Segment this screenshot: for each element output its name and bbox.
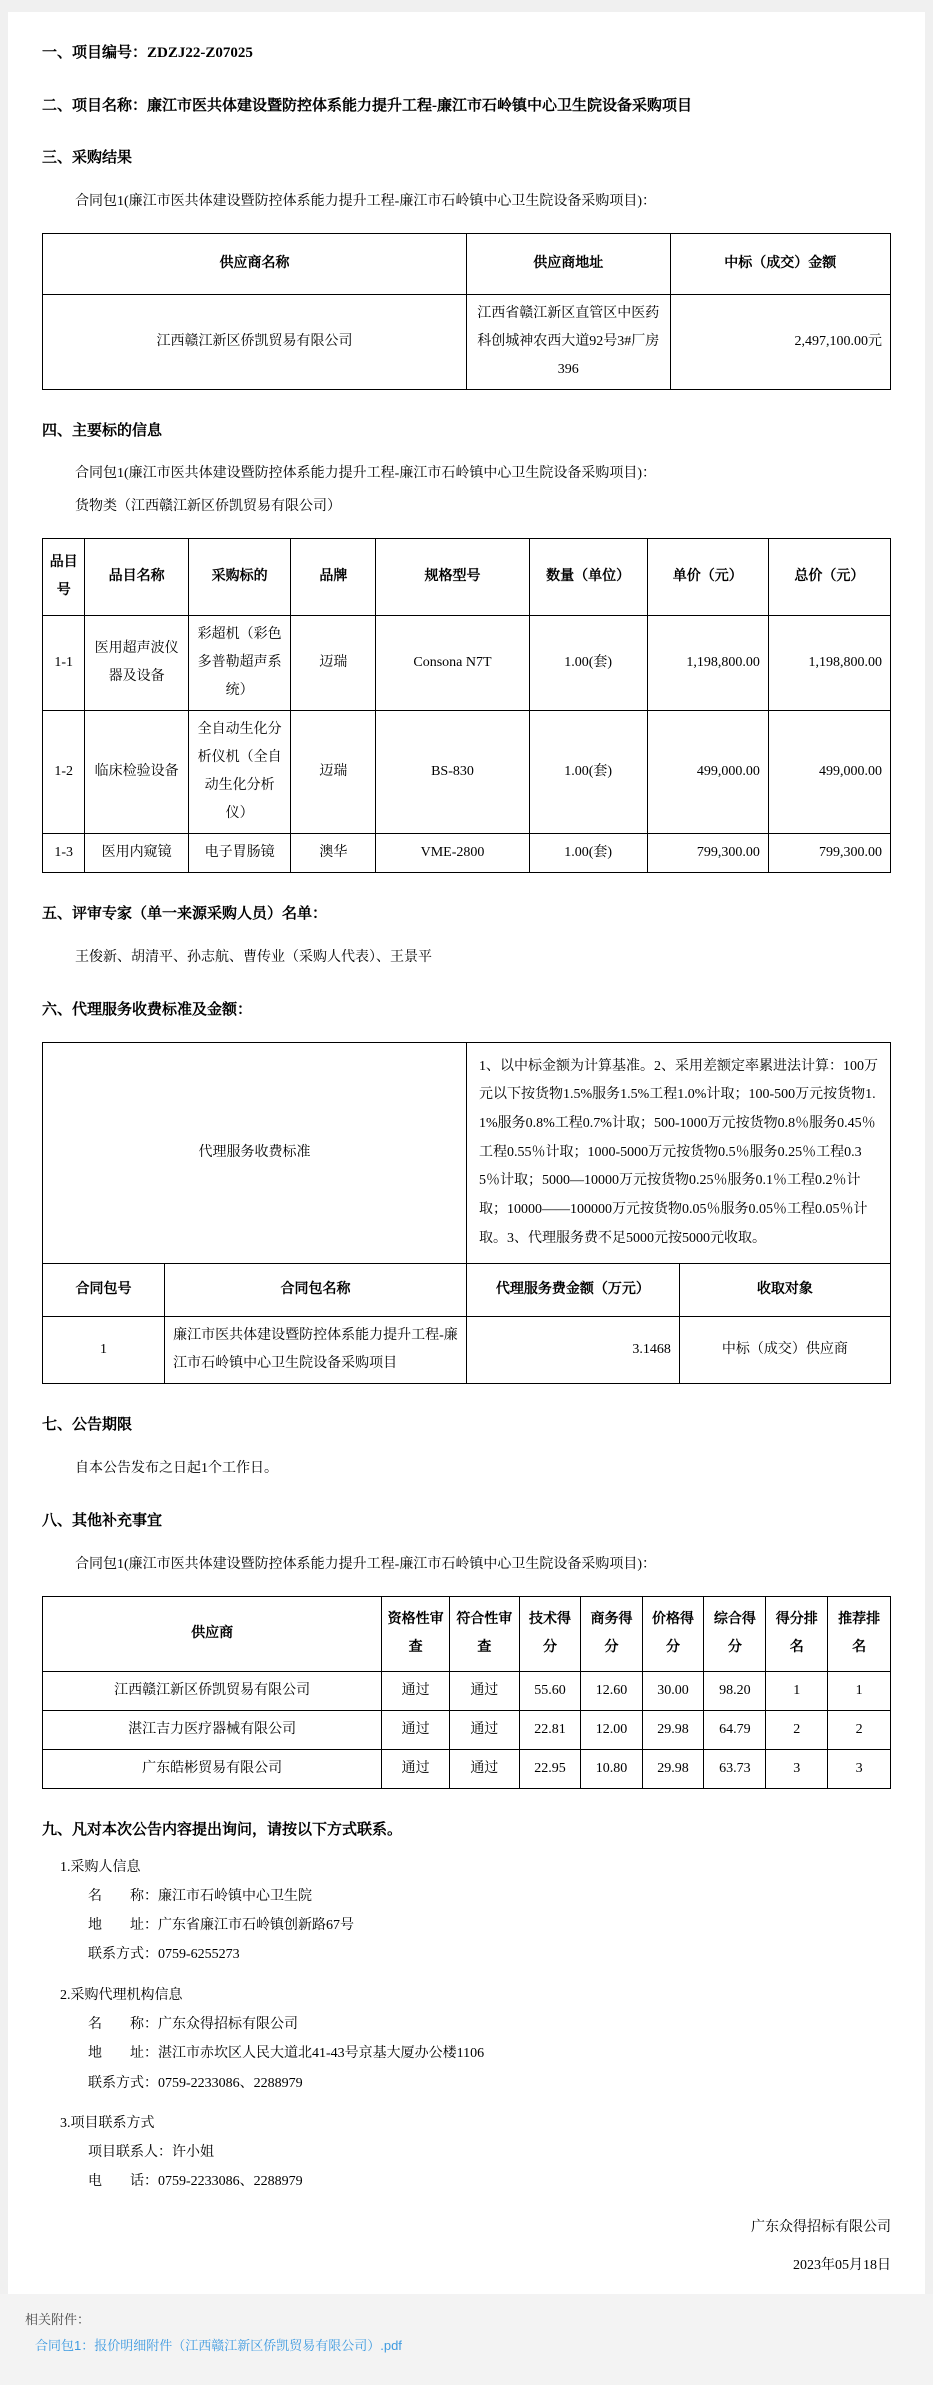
table-cell: 22.95 [519, 1750, 581, 1789]
table-cell: 澳华 [291, 834, 376, 873]
agency-name: 名 称：广东众得招标有限公司 [88, 2010, 891, 2039]
table-cell: 1.00(套) [529, 616, 647, 711]
project-contact-phone: 电 话：0759-2233086、2288979 [88, 2167, 891, 2196]
signature-block: 广东众得招标有限公司 2023年05月18日 [42, 2217, 891, 2278]
announcement-period-text: 自本公告发布之日起1个工作日。 [75, 1458, 891, 1480]
table-cell: 中标（成交）供应商 [679, 1317, 890, 1384]
table-row: 湛江吉力医疗器械有限公司通过通过22.8112.0029.9864.7922 [43, 1711, 891, 1750]
table-cell: 12.00 [581, 1711, 642, 1750]
table-cell: 江西赣江新区侨凯贸易有限公司 [43, 294, 467, 389]
table-cell: 499,000.00 [768, 711, 890, 834]
table-cell: 1.00(套) [529, 834, 647, 873]
purchaser-address: 地 址：广东省廉江市石岭镇创新路67号 [88, 1911, 891, 1940]
table-cell: 55.60 [519, 1672, 581, 1711]
table-cell: 全自动生化分析仪机（全自动生化分析仪） [188, 711, 291, 834]
table-cell: 通过 [382, 1750, 450, 1789]
table-row: 广东皓彬贸易有限公司通过通过22.9510.8029.9863.7333 [43, 1750, 891, 1789]
score-table-header-row: 供应商资格性审查符合性审查技术得分商务得分价格得分综合得分得分排名推荐排名 [43, 1597, 891, 1672]
column-header: 中标（成交）金额 [670, 233, 890, 294]
table-cell: 2 [766, 1711, 828, 1750]
table-cell: 3 [766, 1750, 828, 1789]
section-heading-other-matters: 八、其他补充事宜 [42, 1510, 891, 1533]
column-header: 采购标的 [188, 539, 291, 616]
contract-package-intro: 合同包1(廉江市医共体建设暨防控体系能力提升工程-廉江市石岭镇中心卫生院设备采购… [75, 1554, 891, 1576]
column-header: 推荐排名 [828, 1597, 891, 1672]
table-cell: 1-1 [43, 616, 85, 711]
table-cell: 98.20 [704, 1672, 766, 1711]
signature-date: 2023年05月18日 [42, 2255, 891, 2277]
section-heading-announcement-period: 七、公告期限 [42, 1414, 891, 1437]
column-header: 商务得分 [581, 1597, 642, 1672]
table-cell: 医用超声波仪器及设备 [85, 616, 188, 711]
table-cell: 湛江吉力医疗器械有限公司 [43, 1711, 382, 1750]
section-heading-agency-fee: 六、代理服务收费标准及金额： [42, 999, 891, 1022]
table-cell: 1 [43, 1317, 165, 1384]
column-header: 综合得分 [704, 1597, 766, 1672]
table-cell: 22.81 [519, 1711, 581, 1750]
column-header: 合同包名称 [165, 1264, 467, 1317]
table-cell: 通过 [450, 1750, 520, 1789]
fee-standard-label: 代理服务收费标准 [43, 1042, 467, 1264]
announcement-body: 一、项目编号：ZDZJ22-Z07025 二、项目名称：廉江市医共体建设暨防控体… [8, 12, 925, 2294]
purchaser-name: 名 称：廉江市石岭镇中心卫生院 [88, 1882, 891, 1911]
contract-package-intro: 合同包1(廉江市医共体建设暨防控体系能力提升工程-廉江市石岭镇中心卫生院设备采购… [75, 191, 891, 213]
table-cell: 30.00 [642, 1672, 704, 1711]
score-table: 供应商资格性审查符合性审查技术得分商务得分价格得分综合得分得分排名推荐排名 江西… [42, 1596, 891, 1789]
section-heading-experts: 五、评审专家（单一来源采购人员）名单： [42, 903, 891, 926]
column-header: 规格型号 [376, 539, 529, 616]
column-header: 总价（元） [768, 539, 890, 616]
table-cell: 799,300.00 [647, 834, 768, 873]
column-header: 价格得分 [642, 1597, 704, 1672]
table-cell: 1 [766, 1672, 828, 1711]
column-header: 品目号 [43, 539, 85, 616]
table-cell: 江西省赣江新区直管区中医药科创城神农西大道92号3#厂房396 [467, 294, 671, 389]
table-cell: 1-2 [43, 711, 85, 834]
purchaser-phone: 联系方式：0759-6255273 [88, 1940, 891, 1969]
table-cell: 通过 [382, 1672, 450, 1711]
column-header: 供应商地址 [467, 233, 671, 294]
column-header: 数量（单位） [529, 539, 647, 616]
column-header: 资格性审查 [382, 1597, 450, 1672]
purchaser-info-title: 1.采购人信息 [60, 1854, 891, 1882]
column-header: 得分排名 [766, 1597, 828, 1672]
column-header: 品牌 [291, 539, 376, 616]
table-cell: 通过 [382, 1711, 450, 1750]
announcement-page: 一、项目编号：ZDZJ22-Z07025 二、项目名称：廉江市医共体建设暨防控体… [0, 12, 933, 2385]
column-header: 合同包号 [43, 1264, 165, 1317]
column-header: 符合性审查 [450, 1597, 520, 1672]
table-cell: 广东皓彬贸易有限公司 [43, 1750, 382, 1789]
table-row: 1廉江市医共体建设暨防控体系能力提升工程-廉江市石岭镇中心卫生院设备采购项目3.… [43, 1317, 891, 1384]
table-cell: 1.00(套) [529, 711, 647, 834]
table-cell: 12.60 [581, 1672, 642, 1711]
result-table-header-row: 供应商名称供应商地址中标（成交）金额 [43, 233, 891, 294]
table-cell: 799,300.00 [768, 834, 890, 873]
project-contact-person: 项目联系人：许小姐 [88, 2138, 891, 2167]
result-table: 供应商名称供应商地址中标（成交）金额 江西赣江新区侨凯贸易有限公司江西省赣江新区… [42, 233, 891, 390]
section-heading-project-name: 二、项目名称：廉江市医共体建设暨防控体系能力提升工程-廉江市石岭镇中心卫生院设备… [42, 95, 891, 118]
table-cell: 1,198,800.00 [768, 616, 890, 711]
table-cell: 通过 [450, 1672, 520, 1711]
table-cell: 10.80 [581, 1750, 642, 1789]
attachments-label: 相关附件： [25, 2310, 933, 2331]
section-heading-contact: 九、凡对本次公告内容提出询问，请按以下方式联系。 [42, 1819, 891, 1842]
table-cell: 1,198,800.00 [647, 616, 768, 711]
table-cell: 29.98 [642, 1711, 704, 1750]
table-cell: VME-2800 [376, 834, 529, 873]
signature-company: 广东众得招标有限公司 [42, 2217, 891, 2239]
table-row: 1-1医用超声波仪器及设备彩超机（彩色多普勒超声系统）迈瑞Consona N7T… [43, 616, 891, 711]
column-header: 品目名称 [85, 539, 188, 616]
attachment-link[interactable]: 合同包1：报价明细附件（江西赣江新区侨凯贸易有限公司）.pdf [35, 2336, 402, 2357]
table-cell: 廉江市医共体建设暨防控体系能力提升工程-廉江市石岭镇中心卫生院设备采购项目 [165, 1317, 467, 1384]
table-cell: 彩超机（彩色多普勒超声系统） [188, 616, 291, 711]
expert-names: 王俊新、胡清平、孙志航、曹传业（采购人代表）、王景平 [75, 947, 891, 969]
table-cell: 临床检验设备 [85, 711, 188, 834]
agency-phone: 联系方式：0759-2233086、2288979 [88, 2069, 891, 2098]
table-cell: BS-830 [376, 711, 529, 834]
agency-info-title: 2.采购代理机构信息 [60, 1982, 891, 2010]
column-header: 代理服务费金额（万元） [466, 1264, 679, 1317]
table-cell: 29.98 [642, 1750, 704, 1789]
table-cell: 64.79 [704, 1711, 766, 1750]
table-cell: 499,000.00 [647, 711, 768, 834]
table-cell: 2 [828, 1711, 891, 1750]
items-table: 品目号品目名称采购标的品牌规格型号数量（单位）单价（元）总价（元） 1-1医用超… [42, 538, 891, 873]
agency-address: 地 址：湛江市赤坎区人民大道北41-43号京基大厦办公楼1106 [88, 2039, 891, 2068]
fee-table: 代理服务收费标准 1、以中标金额为计算基准。2、采用差额定率累进法计算：100万… [42, 1042, 891, 1385]
table-row: 江西赣江新区侨凯贸易有限公司通过通过55.6012.6030.0098.2011 [43, 1672, 891, 1711]
attachments-footer: 相关附件： 合同包1：报价明细附件（江西赣江新区侨凯贸易有限公司）.pdf [0, 2294, 933, 2385]
table-cell: 1-3 [43, 834, 85, 873]
column-header: 供应商 [43, 1597, 382, 1672]
fee-standard-text: 1、以中标金额为计算基准。2、采用差额定率累进法计算：100万元以下按货物1.5… [466, 1042, 890, 1264]
contract-package-intro: 合同包1(廉江市医共体建设暨防控体系能力提升工程-廉江市石岭镇中心卫生院设备采购… [75, 463, 891, 485]
column-header: 供应商名称 [43, 233, 467, 294]
table-row: 1-2临床检验设备全自动生化分析仪机（全自动生化分析仪）迈瑞BS-8301.00… [43, 711, 891, 834]
table-cell: Consona N7T [376, 616, 529, 711]
section-heading-main-subject-info: 四、主要标的信息 [42, 420, 891, 443]
table-cell: 3 [828, 1750, 891, 1789]
fee-standard-row: 代理服务收费标准 1、以中标金额为计算基准。2、采用差额定率累进法计算：100万… [43, 1042, 891, 1264]
section-heading-procurement-result: 三、采购结果 [42, 147, 891, 170]
table-cell: 迈瑞 [291, 711, 376, 834]
project-contact-title: 3.项目联系方式 [60, 2110, 891, 2138]
table-row: 1-3医用内窥镜电子胃肠镜澳华VME-28001.00(套)799,300.00… [43, 834, 891, 873]
table-cell: 通过 [450, 1711, 520, 1750]
items-table-header-row: 品目号品目名称采购标的品牌规格型号数量（单位）单价（元）总价（元） [43, 539, 891, 616]
section-heading-project-number: 一、项目编号：ZDZJ22-Z07025 [42, 42, 891, 65]
column-header: 收取对象 [679, 1264, 890, 1317]
table-row: 江西赣江新区侨凯贸易有限公司江西省赣江新区直管区中医药科创城神农西大道92号3#… [43, 294, 891, 389]
table-cell: 电子胃肠镜 [188, 834, 291, 873]
column-header: 单价（元） [647, 539, 768, 616]
table-cell: 63.73 [704, 1750, 766, 1789]
table-cell: 1 [828, 1672, 891, 1711]
table-cell: 江西赣江新区侨凯贸易有限公司 [43, 1672, 382, 1711]
table-cell: 2,497,100.00元 [670, 294, 890, 389]
goods-category-line: 货物类（江西赣江新区侨凯贸易有限公司） [75, 496, 891, 518]
table-cell: 医用内窥镜 [85, 834, 188, 873]
column-header: 技术得分 [519, 1597, 581, 1672]
fee-table-header-row: 合同包号合同包名称代理服务费金额（万元）收取对象 [43, 1264, 891, 1317]
table-cell: 迈瑞 [291, 616, 376, 711]
table-cell: 3.1468 [466, 1317, 679, 1384]
